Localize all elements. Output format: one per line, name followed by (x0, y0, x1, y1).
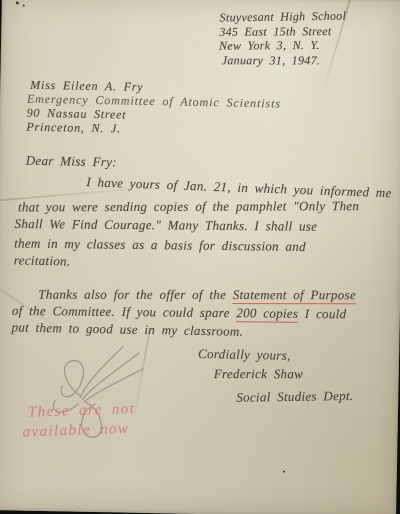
signature-title-text: Social Studies Dept. (236, 388, 353, 405)
body-text: Thanks also for the offer of the (38, 287, 233, 302)
body-text: I could (298, 306, 346, 322)
body-line: I have yours of Jan. 21, in which you in… (86, 175, 392, 199)
signature-title: Social Studies Dept. (236, 389, 353, 404)
scanned-letter: Stuyvesant High School 345 East 15th Str… (0, 0, 400, 514)
letter-date: January 31, 1947. (222, 54, 320, 66)
signature: Frederick Shaw (214, 367, 303, 380)
recipient-line: Princeton, N. J. (26, 121, 121, 135)
sender-line: New York 3, N. Y. (219, 39, 320, 52)
body-text: I have yours of Jan. 21, in which you in… (86, 174, 392, 200)
body-line: Thanks also for the offer of the Stateme… (38, 288, 356, 302)
underlined-200-copies: 200 copies (236, 305, 298, 323)
recipient-line: 90 Nassau Street (27, 107, 127, 121)
sender-street: 345 East 15th Street (219, 24, 331, 39)
body-line: Shall We Find Courage." Many Thanks. I s… (15, 217, 318, 233)
underlined-statement-of-purpose: Statement of Purpose (233, 287, 356, 304)
date-text: January 31, 1947. (222, 53, 320, 67)
recipient-line: Miss Eileen A. Fry (30, 79, 143, 93)
body-text: that you were sending copies of the pamp… (18, 198, 359, 214)
body-text: them in my classes as a basis for discus… (14, 235, 306, 254)
sender-line: 345 East 15th Street (219, 25, 331, 38)
salutation: Dear Miss Fry: (26, 154, 117, 169)
pencil-mark (16, 1, 19, 4)
body-line: of the Committee. If you could spare 200… (12, 304, 347, 321)
sender-school: Stuyvesant High School (219, 9, 346, 25)
body-line: that you were sending copies of the pamp… (18, 199, 359, 213)
sender-line: Stuyvesant High School (220, 10, 347, 24)
body-line: them in my classes as a basis for discus… (14, 236, 306, 253)
signature-text: Frederick Shaw (214, 366, 303, 381)
valediction-text: Cordially yours, (198, 346, 291, 363)
pencil-mark (23, 5, 25, 7)
sender-city: New York 3, N. Y. (219, 38, 320, 53)
body-line: recitation. (14, 253, 71, 267)
body-text: Shall We Find Courage." Many Thanks. I s… (15, 216, 318, 234)
letter-page: Stuyvesant High School 345 East 15th Str… (0, 0, 400, 514)
recipient-city: Princeton, N. J. (26, 120, 121, 136)
body-text: recitation. (14, 252, 71, 268)
body-text: of the Committee. If you could spare (12, 303, 237, 320)
salutation-text: Dear Miss Fry: (26, 153, 117, 170)
valediction: Cordially yours, (198, 347, 291, 362)
pencil-mark (283, 471, 285, 473)
